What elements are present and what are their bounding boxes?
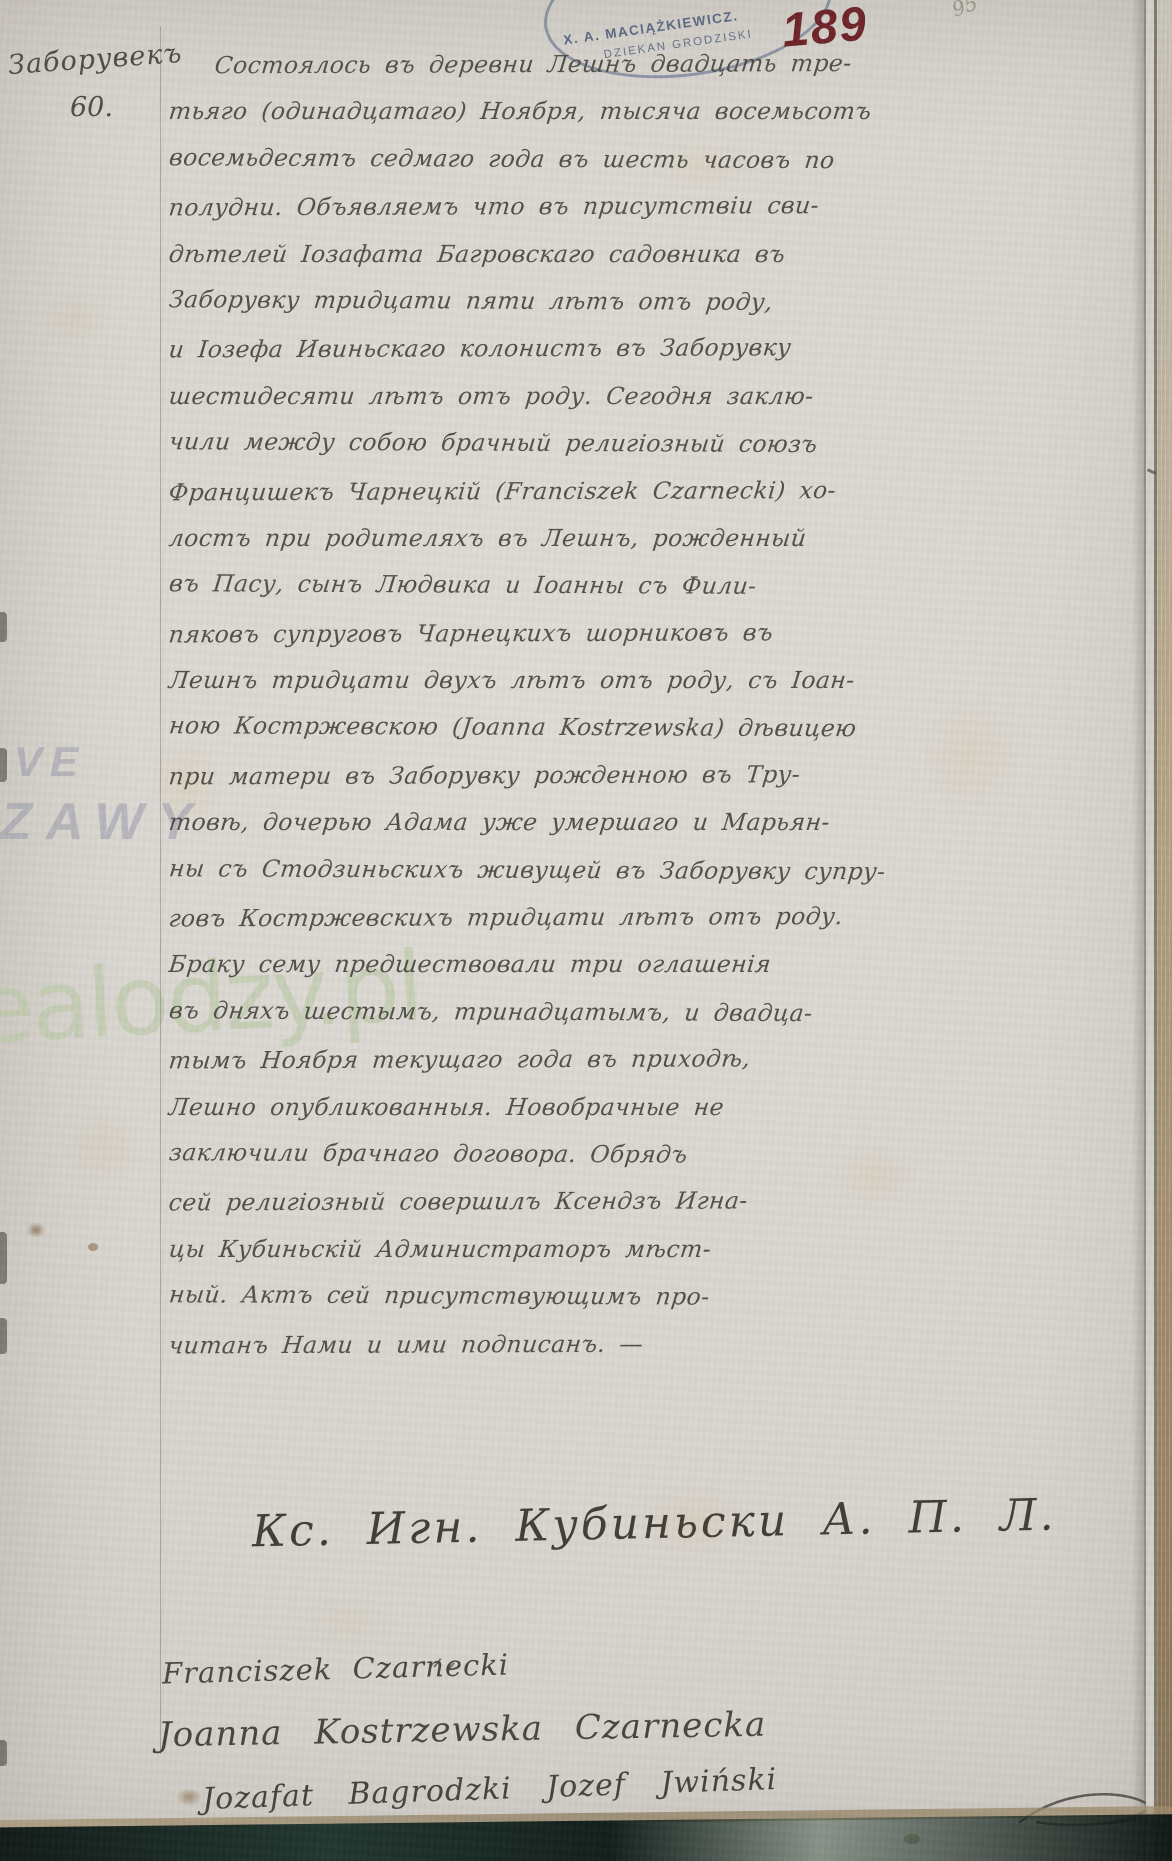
bride-signature: Joanna Kostrzewska Czarnecka bbox=[158, 1705, 767, 1756]
book-page-edges bbox=[1157, 0, 1172, 1861]
handwritten-line: Лешнъ тридцати двухъ лѣтъ отъ роду, съ І… bbox=[166, 666, 976, 713]
ink-spot bbox=[26, 1222, 46, 1238]
page-edge-nick bbox=[0, 1232, 7, 1284]
record-text: Состоялось въ деревни Лешнъ двадцать тре… bbox=[168, 50, 973, 1377]
page-edge-nick bbox=[0, 612, 7, 642]
handwritten-line: заключили брачнаго договора. Обрядъ bbox=[166, 1138, 976, 1189]
handwritten-line: говъ Костржевскихъ тридцати лѣтъ отъ род… bbox=[165, 902, 975, 952]
page-edge-nick bbox=[0, 748, 7, 782]
handwritten-line: пяковъ супруговъ Чарнецкихъ шорниковъ въ bbox=[165, 617, 975, 667]
handwritten-line: сей религіозный совершилъ Ксендзъ Игна- bbox=[165, 1186, 975, 1236]
handwritten-line: полудни. Объявляемъ что въ присутствіи с… bbox=[165, 191, 975, 241]
handwritten-line: при матери въ Заборувку рожденною въ Тру… bbox=[165, 759, 975, 809]
handwritten-line: и Іозефа Ивиньскаго колонистъ въ Заборув… bbox=[165, 333, 975, 383]
handwritten-line: товѣ, дочерью Адама уже умершаго и Марья… bbox=[166, 808, 976, 855]
scanned-register-page: VE ZAWY ealodzy.pl Заборувекъ 60. X. A. … bbox=[0, 0, 1172, 1861]
handwritten-line: ны съ Стодзиньскихъ живущей въ Заборувку… bbox=[166, 854, 976, 905]
margin-place-name: Заборувекъ bbox=[7, 38, 183, 81]
officiant-signature: Кс. Игн. Кубиньски А. П. Л. bbox=[252, 1490, 1057, 1558]
handwritten-line: Францишекъ Чарнецкій (Franciszek Czarnec… bbox=[165, 475, 975, 525]
page-edge-shadow bbox=[1132, 0, 1144, 1861]
handwritten-line: тымъ Ноября текущаго года въ приходѣ, bbox=[165, 1044, 975, 1094]
handwritten-line: дѣтелей Іозафата Багровскаго садовника в… bbox=[166, 240, 976, 287]
act-number: 60. bbox=[70, 92, 113, 123]
paper-stain bbox=[38, 290, 110, 350]
handwritten-line: шестидесяти лѣтъ отъ роду. Сегодня заклю… bbox=[166, 382, 976, 429]
handwritten-line: тьяго (одинадцатаго) Ноября, тысяча восе… bbox=[166, 97, 976, 144]
handwritten-line: ный. Актъ сей присутствующимъ про- bbox=[166, 1280, 976, 1331]
handwritten-line: лостъ при родителяхъ въ Лешнъ, рожденный bbox=[166, 524, 976, 571]
handwritten-line: въ Пасу, сынъ Людвика и Іоанны съ Фили- bbox=[166, 570, 976, 621]
paper-stain bbox=[55, 1105, 150, 1190]
handwritten-line: ною Костржевскою (Joanna Kostrzewska) дѣ… bbox=[166, 712, 976, 763]
ink-spot bbox=[176, 1788, 202, 1806]
watermark-archive-fragment: VE bbox=[14, 738, 86, 786]
handwritten-line: цы Кубиньскій Администраторъ мѣст- bbox=[166, 1235, 976, 1282]
handwritten-line: Лешно опубликованныя. Новобрачные не bbox=[166, 1093, 976, 1140]
handwritten-line: Браку сему предшествовали три оглашенія bbox=[166, 950, 976, 997]
handwritten-line: восемьдесятъ седмаго года въ шесть часов… bbox=[166, 143, 976, 194]
witnesses-signature: Jozafat Bagrodzki Jozef Jwiński bbox=[202, 1762, 778, 1817]
handwritten-line: Состоялось въ деревни Лешнъ двадцать тре… bbox=[165, 49, 975, 99]
corner-page-number: 95 bbox=[949, 0, 981, 22]
page-edge-nick bbox=[0, 1318, 7, 1354]
ink-spot bbox=[88, 1243, 98, 1251]
handwritten-line: чили между собою брачный религіозный сою… bbox=[166, 427, 976, 478]
handwritten-line: въ дняхъ шестымъ, тринадцатымъ, и двадца… bbox=[166, 996, 976, 1047]
page-edge-nick bbox=[0, 1740, 7, 1766]
paper-stain bbox=[295, 1588, 400, 1658]
margin-rule bbox=[160, 26, 161, 1754]
page-edge-gap bbox=[1146, 0, 1154, 1861]
handwritten-line: читанъ Нами и ими подписанъ. — bbox=[165, 1328, 975, 1378]
handwritten-line: Заборувку тридцати пяти лѣтъ отъ роду, bbox=[166, 285, 976, 336]
groom-signature: Franciszek Czarnecki bbox=[162, 1647, 510, 1690]
